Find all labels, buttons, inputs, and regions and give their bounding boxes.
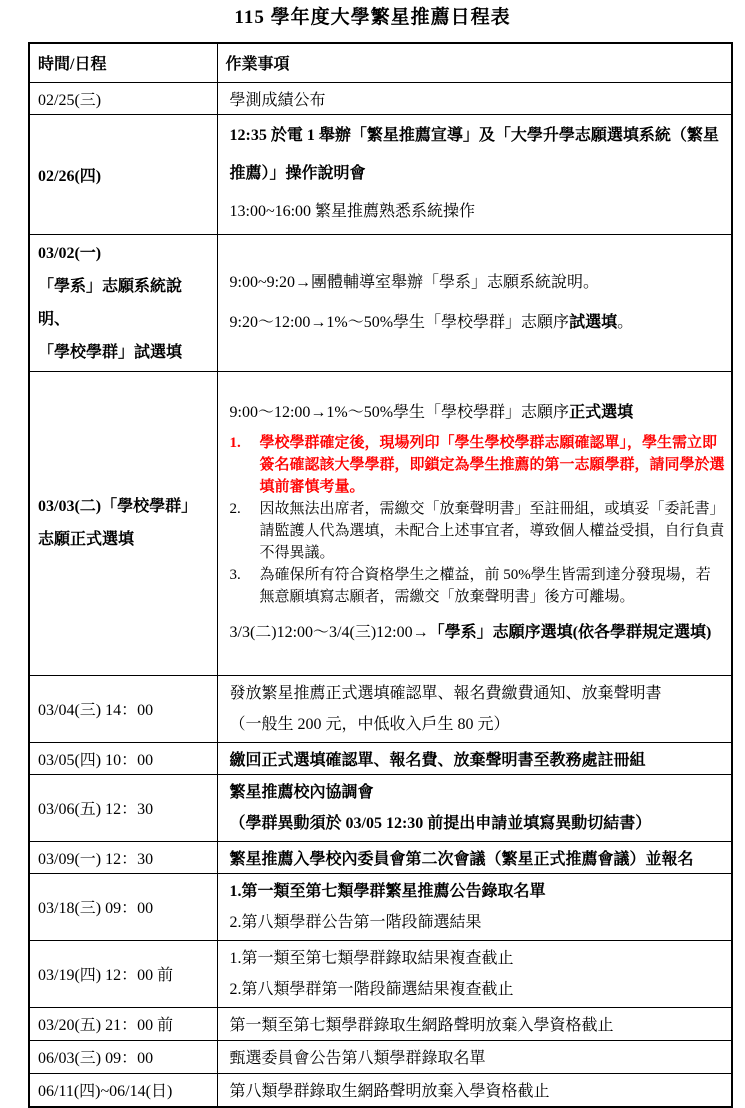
task-line: （學群異動須於 03/05 12:30 前提出申請並填寫異動切結書） [230, 808, 726, 839]
time-cell: 03/18(三) 09：00 [29, 873, 217, 940]
time-cell: 03/19(四) 12：00 前 [29, 940, 217, 1007]
table-row: 06/11(四)~06/14(日) 第八類學群錄取生網路聲明放棄入學資格截止 [29, 1073, 732, 1107]
task-line: （一般生 200 元，中低收入戶生 80 元） [230, 709, 726, 740]
time-line: 03/03(二)「學校學群」 [38, 490, 211, 523]
time-cell: 03/20(五) 21：00 前 [29, 1007, 217, 1040]
time-cell: 06/03(三) 09：00 [29, 1040, 217, 1073]
col-header-task: 作業事項 [217, 43, 732, 82]
col-header-time: 時間/日程 [29, 43, 217, 82]
list-item-text: 為確保所有符合資格學生之權益，前 50%學生皆需到達分發現場，若無意願填寫志願者… [260, 564, 726, 608]
table-row: 02/26(四) 12:35 於電 1 舉辦「繁星推薦宣導」及「大學升學志願選填… [29, 114, 732, 234]
task-cell: 1.第一類至第七類學群繁星推薦公告錄取名單 2.第八類學群公告第一階段篩選結果 [217, 873, 732, 940]
time-cell: 03/09(一) 12：30 [29, 841, 217, 873]
task-cell: 繳回正式選填確認單、報名費、放棄聲明書至教務處註冊組 [217, 742, 732, 774]
table-row: 02/25(三) 學測成績公布 [29, 82, 732, 114]
time-cell: 03/03(二)「學校學群」 志願正式選填 [29, 371, 217, 675]
table-row: 03/04(三) 14：00 發放繁星推薦正式選填確認單、報名費繳費通知、放棄聲… [29, 675, 732, 742]
time-cell: 03/05(四) 10：00 [29, 742, 217, 774]
schedule-table: 時間/日程 作業事項 02/25(三) 學測成績公布 02/26(四) 12:3… [28, 42, 733, 1108]
table-row: 03/18(三) 09：00 1.第一類至第七類學群繁星推薦公告錄取名單 2.第… [29, 873, 732, 940]
list-item-number: 3. [230, 564, 260, 608]
table-row: 03/19(四) 12：00 前 1.第一類至第七類學群錄取結果複查截止 2.第… [29, 940, 732, 1007]
table-row: 03/05(四) 10：00 繳回正式選填確認單、報名費、放棄聲明書至教務處註冊… [29, 742, 732, 774]
task-line: 9:00~9:20→團體輔導室舉辦「學系」志願系統說明。 [230, 263, 726, 303]
task-cell: 9:00～12:00→1%～50%學生「學校學群」志願序正式選填 1. 學校學群… [217, 371, 732, 675]
time-cell: 03/04(三) 14：00 [29, 675, 217, 742]
time-cell: 03/02(一) 「學系」志願系統說明、 「學校學群」試選填 [29, 234, 217, 371]
task-line: 9:20～12:00→1%～50%學生「學校學群」志願序試選填。 [230, 303, 726, 343]
table-row: 03/02(一) 「學系」志願系統說明、 「學校學群」試選填 9:00~9:20… [29, 234, 732, 371]
text-segment-bold: →「學系」志願序選填(依各學群規定選填) [413, 624, 712, 641]
time-line: 志願正式選填 [38, 523, 211, 556]
text-segment-bold: 正式選填 [569, 404, 633, 421]
task-line: 2.第八類學群第一階段篩選結果複查截止 [230, 974, 726, 1005]
task-cell: 繁星推薦校內協調會 （學群異動須於 03/05 12:30 前提出申請並填寫異動… [217, 774, 732, 841]
text-segment: 9:00～12:00→1%～50%學生「學校學群」志願序 [230, 404, 570, 421]
task-line: 3/3(二)12:00～3/4(三)12:00→「學系」志願序選填(依各學群規定… [230, 615, 726, 651]
text-segment-bold: 試選填 [569, 314, 617, 331]
document-page: 115 學年度大學繁星推薦日程表 時間/日程 作業事項 02/25(三) 學測成… [0, 0, 745, 1068]
list-item: 1. 學校學群確定後，現場列印「學生學校學群志願確認單」，學生需立即簽名確認該大… [230, 432, 726, 498]
table-row: 03/03(二)「學校學群」 志願正式選填 9:00～12:00→1%～50%學… [29, 371, 732, 675]
task-cell: 1.第一類至第七類學群錄取結果複查截止 2.第八類學群第一階段篩選結果複查截止 [217, 940, 732, 1007]
text-segment: 9:20～12:00→1%～50%學生「學校學群」志願序 [230, 314, 570, 331]
time-line: 「學校學群」試選填 [38, 336, 211, 369]
text-segment: 。 [617, 314, 633, 331]
list-item-number: 2. [230, 498, 260, 564]
page-title: 115 學年度大學繁星推薦日程表 [0, 0, 745, 31]
list-item-text: 學校學群確定後，現場列印「學生學校學群志願確認單」，學生需立即簽名確認該大學學群… [260, 432, 726, 498]
list-item-number: 1. [230, 432, 260, 498]
task-line: 12:35 於電 1 舉辦「繁星推薦宣導」及「大學升學志願選填系統（繁星推薦）」… [230, 117, 726, 193]
task-line: 繁星推薦校內協調會 [230, 777, 726, 808]
table-row: 03/09(一) 12：30 繁星推薦入學校內委員會第二次會議（繁星正式推薦會議… [29, 841, 732, 873]
task-cell: 9:00~9:20→團體輔導室舉辦「學系」志願系統說明。 9:20～12:00→… [217, 234, 732, 371]
task-cell: 第一類至第七類學群錄取生網路聲明放棄入學資格截止 [217, 1007, 732, 1040]
task-cell: 學測成績公布 [217, 82, 732, 114]
task-cell: 第八類學群錄取生網路聲明放棄入學資格截止 [217, 1073, 732, 1107]
task-cell: 12:35 於電 1 舉辦「繁星推薦宣導」及「大學升學志願選填系統（繁星推薦）」… [217, 114, 732, 234]
task-cell: 發放繁星推薦正式選填確認單、報名費繳費通知、放棄聲明書 （一般生 200 元，中… [217, 675, 732, 742]
text-segment: 3/3(二)12:00～3/4(三)12:00 [230, 624, 413, 641]
list-item: 3. 為確保所有符合資格學生之權益，前 50%學生皆需到達分發現場，若無意願填寫… [230, 564, 726, 608]
time-cell: 02/25(三) [29, 82, 217, 114]
table-header-row: 時間/日程 作業事項 [29, 43, 732, 82]
task-cell: 繁星推薦入學校內委員會第二次會議（繁星正式推薦會議）並報名 [217, 841, 732, 873]
task-line: 13:00~16:00 繁星推薦熟悉系統操作 [230, 193, 726, 231]
task-line: 9:00～12:00→1%～50%學生「學校學群」志願序正式選填 [230, 398, 726, 427]
time-line: 03/02(一) [38, 237, 211, 270]
task-line: 1.第一類至第七類學群繁星推薦公告錄取名單 [230, 876, 726, 907]
list-item-text: 因故無法出席者，需繳交「放棄聲明書」至註冊組，或填妥「委託書」請監護人代為選填，… [260, 498, 726, 564]
table-row: 03/06(五) 12：30 繁星推薦校內協調會 （學群異動須於 03/05 1… [29, 774, 732, 841]
task-line: 2.第八類學群公告第一階段篩選結果 [230, 907, 726, 938]
task-line: 發放繁星推薦正式選填確認單、報名費繳費通知、放棄聲明書 [230, 678, 726, 709]
time-cell: 03/06(五) 12：30 [29, 774, 217, 841]
time-cell: 02/26(四) [29, 114, 217, 234]
table-row: 06/03(三) 09：00 甄選委員會公告第八類學群錄取名單 [29, 1040, 732, 1073]
list-item: 2. 因故無法出席者，需繳交「放棄聲明書」至註冊組，或填妥「委託書」請監護人代為… [230, 498, 726, 564]
table-row: 03/20(五) 21：00 前 第一類至第七類學群錄取生網路聲明放棄入學資格截… [29, 1007, 732, 1040]
task-line: 1.第一類至第七類學群錄取結果複查截止 [230, 943, 726, 974]
task-cell: 甄選委員會公告第八類學群錄取名單 [217, 1040, 732, 1073]
time-line: 「學系」志願系統說明、 [38, 270, 211, 336]
time-cell: 06/11(四)~06/14(日) [29, 1073, 217, 1107]
